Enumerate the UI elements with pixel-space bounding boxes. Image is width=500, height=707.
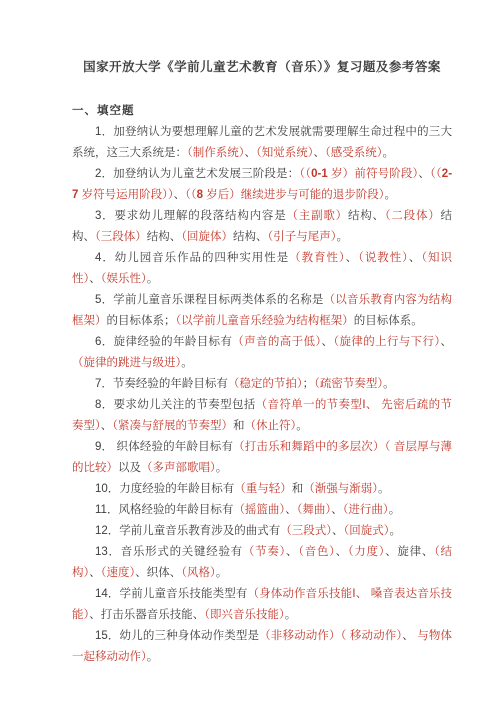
question-text-run: 和 xyxy=(292,483,304,495)
answer-text-run: （主副歌） xyxy=(287,210,348,222)
question-text-run: 。 xyxy=(390,525,402,537)
question-text-run: 14．学前儿童音乐技能类型有 xyxy=(95,588,248,600)
answer-text-run: （多声部歌唱） xyxy=(141,462,216,474)
answer-text-run: （感受系统） xyxy=(325,147,383,159)
answer-text-run: （三段体） xyxy=(95,231,147,243)
question-text-run: 、织体、 xyxy=(135,567,181,579)
answer-text-run: （教育性） xyxy=(289,252,346,264)
question-text-run: 7．节奏经验的年龄目标有 xyxy=(95,378,228,390)
question-text-run: 、 xyxy=(332,525,344,537)
question-text-run: 13．音乐形式的关键经验有 xyxy=(95,546,243,558)
document-page: 国家开放大学《学前儿童艺术教育（音乐）》复习题及参考答案 一、填空题 1．加登纳… xyxy=(0,0,500,707)
question-text-run: 、 xyxy=(89,273,101,285)
answer-text-run: （重与轻） xyxy=(234,483,292,495)
answer-text-run: （舞曲） xyxy=(297,504,332,516)
question-text-run: 、 xyxy=(286,546,298,558)
answer-text-run: （摇篮曲） xyxy=(233,504,285,516)
question-text-run: 、 xyxy=(409,252,421,264)
question-text-run: 的目标体系。 xyxy=(354,315,423,327)
question-item: 3．要求幼儿理解的段落结构内容是（主副歌）结构、（二段体）结构、（三段体）结构、… xyxy=(72,206,452,248)
question-text-run: 。 xyxy=(337,231,349,243)
answer-text-run: （回旋体） xyxy=(181,231,233,243)
question-text-run: 和 xyxy=(233,420,245,432)
answer-text-run: （回旋式） xyxy=(344,525,390,537)
answer-text-run: （三段式） xyxy=(280,525,332,537)
answer-text-run: 岁后）继续进步与可能的退步阶段） xyxy=(203,189,384,201)
question-text-run: 。 xyxy=(384,189,396,201)
question-item: 8．要求幼儿关注的节奏型包括（音符单一的节奏型Ⅰ、 先密后疏的节奏型）、（紧凑与… xyxy=(72,395,452,437)
answer-text-run: （引子与尾声） xyxy=(268,231,337,243)
question-text-run: 、打击乐器音乐技能、 xyxy=(89,609,204,621)
question-text-run: 、 xyxy=(336,546,348,558)
question-text-run: 6．旋律经验的年龄目标有 xyxy=(95,336,232,348)
question-text-run: 。 xyxy=(285,609,297,621)
question-text-run: 结构、 xyxy=(147,231,182,243)
question-text-run: 4．幼儿园音乐作品的四种实用性是 xyxy=(95,252,289,264)
question-text-run: 。 xyxy=(296,420,308,432)
question-text-run: 。 xyxy=(216,567,228,579)
answer-text-run: （（ xyxy=(430,168,442,180)
question-text-run: 、 xyxy=(441,336,453,348)
answer-text-run: （节奏） xyxy=(243,546,286,558)
question-text-run: 。 xyxy=(216,462,228,474)
answer-text-run: （力度） xyxy=(348,546,385,558)
question-text-run: 11．风格经验的年龄目标有 xyxy=(95,504,233,516)
question-text-run: 8．要求幼儿关注的节奏型包括 xyxy=(95,399,256,411)
question-text-run: 、 xyxy=(285,504,297,516)
answer-text-run: （旋律的跳进与级进） xyxy=(72,357,181,369)
question-list: 1．加登纳认为要想理解儿童的艺术发展就需要理解生命过程中的三大系统，这三大系统是… xyxy=(72,122,452,668)
question-text-run: 、 xyxy=(245,147,257,159)
question-item: 12．学前儿童音乐教育涉及的曲式有（三段式）、（回旋式）。 xyxy=(72,521,452,542)
question-text-run: 。 xyxy=(389,504,401,516)
question-text-run: 以及 xyxy=(118,462,141,474)
question-text-run: 。 xyxy=(147,651,159,663)
question-text-run: 9． 织体经验的年龄目标有 xyxy=(95,441,233,453)
question-text-run: 、 xyxy=(346,252,358,264)
document-content: 一、填空题 1．加登纳认为要想理解儿童的艺术发展就需要理解生命过程中的三大系统，… xyxy=(72,101,452,668)
question-item: 6．旋律经验的年龄目标有（声音的高于低）、（旋律的上行与下行）、（旋律的跳进与级… xyxy=(72,332,452,374)
answer-text-run: （进行曲） xyxy=(343,504,389,516)
answer-text-run: （知觉系统） xyxy=(256,147,314,159)
question-text-run: 。 xyxy=(378,483,390,495)
question-text-run: 、旋律、 xyxy=(385,546,434,558)
section-heading: 一、填空题 xyxy=(72,101,452,122)
answer-text-run: （风格） xyxy=(181,567,216,579)
answer-text-run: （制作系统） xyxy=(187,147,245,159)
answer-text-run: （旋律的上行与下行） xyxy=(333,336,440,348)
question-text-run: 2．加登纳认为儿童艺术发展三阶段是： xyxy=(95,168,299,180)
answer-text-run: （渐强与渐弱） xyxy=(303,483,378,495)
answer-text-run: 岁）前符号阶段） xyxy=(328,168,419,180)
answer-text-run: （即兴音乐技能） xyxy=(204,609,285,621)
question-text-run: 结构、 xyxy=(348,210,385,222)
question-item: 7．节奏经验的年龄目标有（稳定的节拍）；（疏密节奏型）。 xyxy=(72,374,452,395)
question-text-run: 、 xyxy=(174,189,186,201)
question-text-run: 3．要求幼儿理解的段落结构内容是 xyxy=(95,210,287,222)
question-text-run: 、 xyxy=(89,567,101,579)
question-item: 11．风格经验的年龄目标有（摇篮曲）、（舞曲）、（进行曲）。 xyxy=(72,500,452,521)
answer-text-run: （（ xyxy=(299,168,311,180)
question-item: 5．学前儿童音乐课程目标两类体系的名称是（以音乐教育内容为结构框架）的目标体系；… xyxy=(72,290,452,332)
answer-text-run: （稳定的节拍） xyxy=(228,378,303,390)
question-text-run: 。 xyxy=(383,378,395,390)
question-text-run: 15．幼儿的三种身体动作类型是 xyxy=(95,630,259,642)
question-text-run: 、 xyxy=(314,147,326,159)
question-item: 10．力度经验的年龄目标有（重与轻）和（渐强与渐弱）。 xyxy=(72,479,452,500)
question-item: 4．幼儿园音乐作品的四种实用性是（教育性）、（说教性）、（知识性）、（娱乐性）。 xyxy=(72,248,452,290)
answer-text-run: （二段体） xyxy=(385,210,441,222)
question-text-run: 。 xyxy=(383,147,395,159)
question-text-run: 、 xyxy=(331,504,343,516)
question-text-run: 10．力度经验的年龄目标有 xyxy=(95,483,234,495)
question-text-run: 、 xyxy=(402,630,414,642)
answer-text-run: （（ xyxy=(185,189,197,201)
question-text-run: 。 xyxy=(147,273,159,285)
answer-text-run: （说教性） xyxy=(358,252,409,264)
question-item: 13．音乐形式的关键经验有（节奏）、（音色）、（力度）、旋律、（结构）、（速度）… xyxy=(72,542,452,584)
question-text-run: 、 xyxy=(418,168,430,180)
question-text-run: 结构、 xyxy=(233,231,268,243)
question-text-run: 的目标体系； xyxy=(107,315,176,327)
answer-text-run: （以学前儿童音乐经验为结构框架） xyxy=(176,315,354,327)
answer-text-run: （紧凑与舒展的节奏型） xyxy=(112,420,233,432)
document-title: 国家开放大学《学前儿童艺术教育（音乐）》复习题及参考答案 xyxy=(72,57,452,75)
question-text-run: 12．学前儿童音乐教育涉及的曲式有 xyxy=(95,525,280,537)
answer-text-run: （非移动动作）（ 移动动作） xyxy=(259,630,402,642)
question-item: 15．幼儿的三种身体动作类型是（非移动动作）（ 移动动作）、 与物体一起移动动作… xyxy=(72,626,452,668)
question-text-run: 、 xyxy=(101,420,113,432)
question-item: 14．学前儿童音乐技能类型有（身体动作音乐技能Ⅰ、 嗓音表达音乐技能）、打击乐器… xyxy=(72,584,452,626)
answer-text-run: （娱乐性） xyxy=(101,273,147,285)
answer-text-run: （疏密节奏型） xyxy=(314,378,383,390)
question-text-run: 。 xyxy=(181,357,193,369)
question-item: 9． 织体经验的年龄目标有（打击乐和舞蹈中的多层次）（ 音层厚与薄的比较）以及（… xyxy=(72,437,452,479)
answer-text-run: 岁符号运用阶段）） xyxy=(78,189,173,201)
question-text-run: ； xyxy=(303,378,315,390)
answer-text-run: （速度） xyxy=(101,567,136,579)
answer-text-run: （休止符） xyxy=(245,420,297,432)
question-item: 1．加登纳认为要想理解儿童的艺术发展就需要理解生命过程中的三大系统，这三大系统是… xyxy=(72,122,452,164)
answer-text-run: （音色） xyxy=(298,546,335,558)
answer-text-run: 0-1 xyxy=(311,168,328,180)
question-item: 2．加登纳认为儿童艺术发展三阶段是：（（0-1 岁）前符号阶段）、（（2-7 岁… xyxy=(72,164,452,206)
question-text-run: 5．学前儿童音乐课程目标两类体系的名称是 xyxy=(95,294,324,306)
answer-text-run: （声音的高于低） xyxy=(232,336,321,348)
question-text-run: 、 xyxy=(321,336,333,348)
